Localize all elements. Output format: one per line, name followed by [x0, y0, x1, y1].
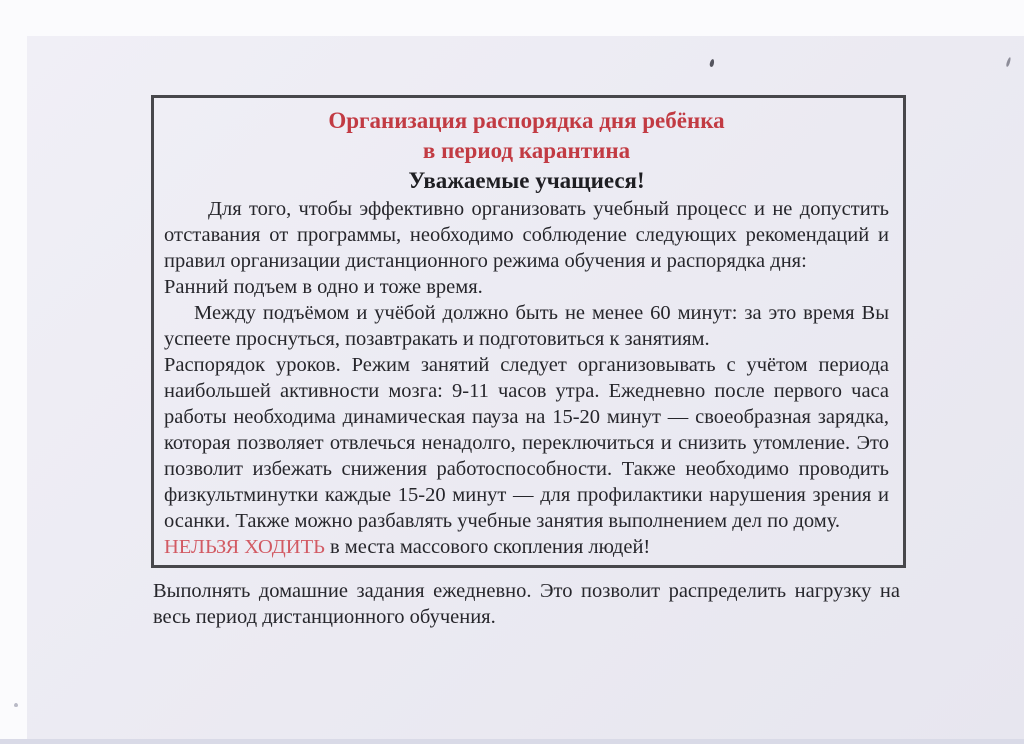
- doc-title-line1: Организация распорядка дня ребёнка: [164, 106, 889, 136]
- paragraph-lesson-schedule: Распорядок уроков. Режим занятий следует…: [164, 352, 889, 534]
- scan-bottom-edge: [0, 739, 1024, 744]
- doc-subtitle: Уважаемые учащиеся!: [164, 166, 889, 196]
- document-content: Организация распорядка дня ребёнка в пер…: [151, 95, 906, 630]
- warning-line: НЕЛЬЗЯ ХОДИТЬ в места массового скоплени…: [164, 534, 889, 560]
- paragraph-intro: Для того, чтобы эффективно организовать …: [164, 196, 889, 274]
- scanned-page: Организация распорядка дня ребёнка в пер…: [0, 0, 1024, 744]
- document-border-box: Организация распорядка дня ребёнка в пер…: [151, 95, 906, 568]
- scan-speck: [14, 703, 18, 707]
- paragraph-wakeup-gap: Между подъёмом и учёбой должно быть не м…: [164, 300, 889, 352]
- doc-title-line2: в период карантина: [164, 136, 889, 166]
- warning-highlight: НЕЛЬЗЯ ХОДИТЬ: [164, 536, 325, 558]
- paragraph-early-rise: Ранний подъем в одно и тоже время.: [164, 274, 889, 300]
- paragraph-homework: Выполнять домашние задания ежедневно. Эт…: [153, 578, 900, 630]
- warning-rest: в места массового скопления людей!: [330, 536, 650, 558]
